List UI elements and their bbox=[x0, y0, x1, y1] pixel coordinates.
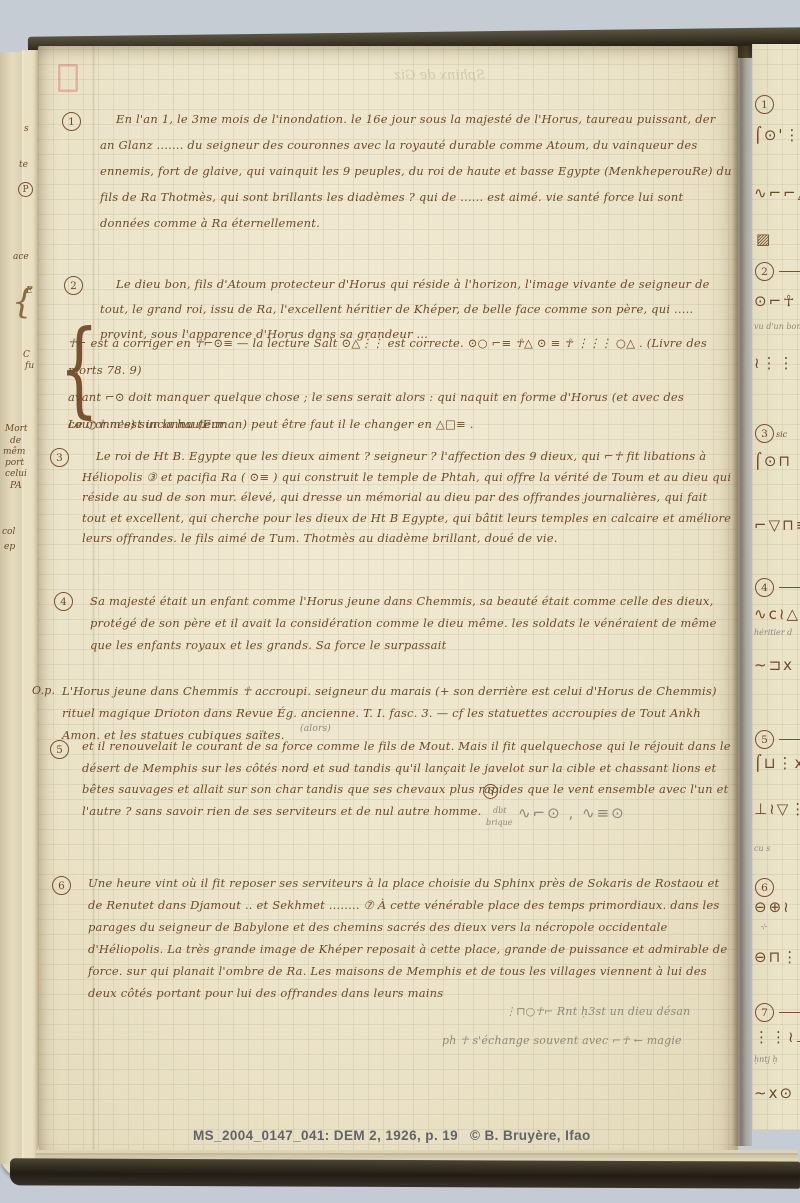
hieroglyph-sketch: ⊖⊓⋮≡ bbox=[754, 948, 800, 966]
margin-brace: { bbox=[12, 282, 34, 322]
paragraph-number: 4 bbox=[54, 592, 73, 611]
left-edge-fragment: Mort bbox=[5, 424, 28, 434]
left-edge-fragment: de bbox=[10, 436, 21, 446]
pencil-annotation: ph ☥ s'échange souvent avec ⌐☥ ← magie bbox=[442, 1030, 682, 1052]
left-edge-fragment: s bbox=[24, 124, 29, 134]
note-line: Le ○☥ m'est inconnu (Erman) peut être fa… bbox=[68, 411, 728, 438]
left-edge-fragment: ace bbox=[13, 252, 29, 262]
left-edge-fragment: fu bbox=[25, 361, 34, 371]
note-line: ☥⌐ est à corriger en ☥⌐⊙≡ — la lecture S… bbox=[68, 330, 728, 384]
margin-section-number: 5 bbox=[755, 730, 774, 749]
copyright-credit: © B. Bruyère, Ifao bbox=[470, 1128, 591, 1143]
margin-section-number: 3 bbox=[755, 424, 774, 443]
paragraph-number: 6 bbox=[52, 876, 71, 895]
sic-annotation: sic bbox=[776, 430, 787, 439]
ink-bleedthrough-text: Sphinx de Giz bbox=[394, 68, 485, 83]
hieroglyph-sketch: ⌠⊔⋮x∼ bbox=[754, 754, 800, 772]
margin-section-number: 2 bbox=[755, 262, 774, 281]
left-edge-fragment: mêm bbox=[3, 447, 25, 457]
paragraph-text: Une heure vint où il fit reposer ses ser… bbox=[88, 872, 732, 1004]
margin-section-number: 4 bbox=[755, 578, 774, 597]
paragraph-number: 1 bbox=[62, 112, 81, 131]
rule-line bbox=[779, 587, 800, 588]
margin-section-number: 1 bbox=[755, 95, 774, 114]
hieroglyph-sketch: ⌠⊙'⋮≡⊥ bbox=[754, 126, 800, 144]
cross-reference-number: 6 bbox=[483, 784, 498, 799]
op-note-label: O.p. bbox=[32, 680, 55, 702]
pencil-caption: ḥntj ḥ bbox=[754, 1055, 778, 1064]
rule-line bbox=[779, 1012, 800, 1013]
paragraph-text: Sa majesté était un enfant comme l'Horus… bbox=[90, 590, 726, 656]
scanned-notebook-photo: s te ace E C fu Mort de mêm port celui P… bbox=[0, 0, 800, 1203]
pencil-caption: héritier d bbox=[754, 628, 792, 637]
margin-section-number: 6 bbox=[755, 878, 774, 897]
left-edge-fragment: te bbox=[19, 160, 28, 170]
pencil-caption: vu d'un bon f bbox=[754, 322, 800, 331]
left-edge-fragment: PA bbox=[10, 481, 22, 491]
hieroglyph-sketch: ∿⌐⊙ , ∿≡⊙ bbox=[518, 804, 626, 822]
rule-line bbox=[779, 271, 800, 272]
pencil-caption: cu s bbox=[754, 844, 770, 853]
book-gutter-shadow bbox=[732, 46, 752, 1146]
hieroglyph-sketch: ⌠⊙⊓ ⌠≀ bbox=[754, 452, 800, 470]
paragraph-number: 3 bbox=[50, 448, 69, 467]
previous-page-edge-inner bbox=[22, 50, 38, 1164]
previous-page-edge-outer bbox=[0, 52, 22, 1164]
red-stamp-mark bbox=[58, 64, 78, 92]
hieroglyph-sketch: ∼⊐x bbox=[754, 656, 794, 674]
pencil-caption: ⊹ bbox=[760, 922, 767, 931]
next-page-edge: 1 ⌠⊙'⋮≡⊥ ∿⌐⌐△≀ ▨ 2 ⊙⌐☥⋮≀ vu d'un bon f ≀… bbox=[752, 44, 800, 1130]
notebook-page: Sphinx de Giz 1 En l'an 1, le 3me mois d… bbox=[38, 46, 738, 1160]
left-edge-fragment: celui bbox=[5, 469, 27, 479]
pencil-annotation: ⋮⊓○☥⌐ Rnt ḥ3st un dieu désan bbox=[505, 1001, 690, 1023]
rule-line bbox=[779, 739, 800, 740]
paragraph-number: 5 bbox=[50, 740, 69, 759]
left-edge-fragment: col bbox=[2, 527, 15, 537]
hieroglyph-sketch: ⋮⋮≀⊥ bbox=[754, 1028, 800, 1046]
margin-section-number: 7 bbox=[755, 1003, 774, 1022]
hieroglyph-sketch: ⊙⌐☥⋮≀ bbox=[754, 292, 800, 310]
paragraph-text: En l'an 1, le 3me mois de l'inondation. … bbox=[100, 106, 732, 236]
hieroglyph-sketch: ⌐▽⊓≡ bbox=[754, 516, 800, 534]
hieroglyph-sketch: ▨ bbox=[756, 230, 772, 248]
book-cover-bottom-edge bbox=[10, 1158, 800, 1188]
hieroglyph-sketch: ∼x⊙ ← bbox=[754, 1084, 800, 1102]
left-edge-fragment: C bbox=[23, 350, 30, 360]
paragraph-text: Le roi de Ht B. Egypte que les dieux aim… bbox=[82, 446, 734, 549]
hieroglyph-sketch: ⊖⊕≀ bbox=[754, 898, 791, 916]
hieroglyph-sketch: ⊥≀▽⋮⊓ bbox=[754, 800, 800, 818]
left-edge-circled-letter: P bbox=[18, 182, 33, 197]
archive-shelfmark: MS_2004_0147_041: DEM 2, 1926, p. 19 bbox=[193, 1128, 458, 1143]
hieroglyph-sketch: ≀⋮⋮ ⊓ bbox=[754, 354, 800, 372]
pencil-caption: brique bbox=[486, 818, 513, 827]
paragraph-number: 2 bbox=[64, 276, 83, 295]
paragraph-text: et il renouvelait le courant de sa force… bbox=[82, 736, 732, 822]
pencil-caption: dbt bbox=[493, 806, 506, 815]
left-edge-fragment: port bbox=[5, 458, 24, 468]
left-edge-fragment: ep bbox=[4, 542, 15, 552]
hieroglyph-sketch: ∿⌐⌐△≀ bbox=[754, 184, 800, 202]
hieroglyph-sketch: ∿c≀△ bbox=[754, 605, 800, 623]
